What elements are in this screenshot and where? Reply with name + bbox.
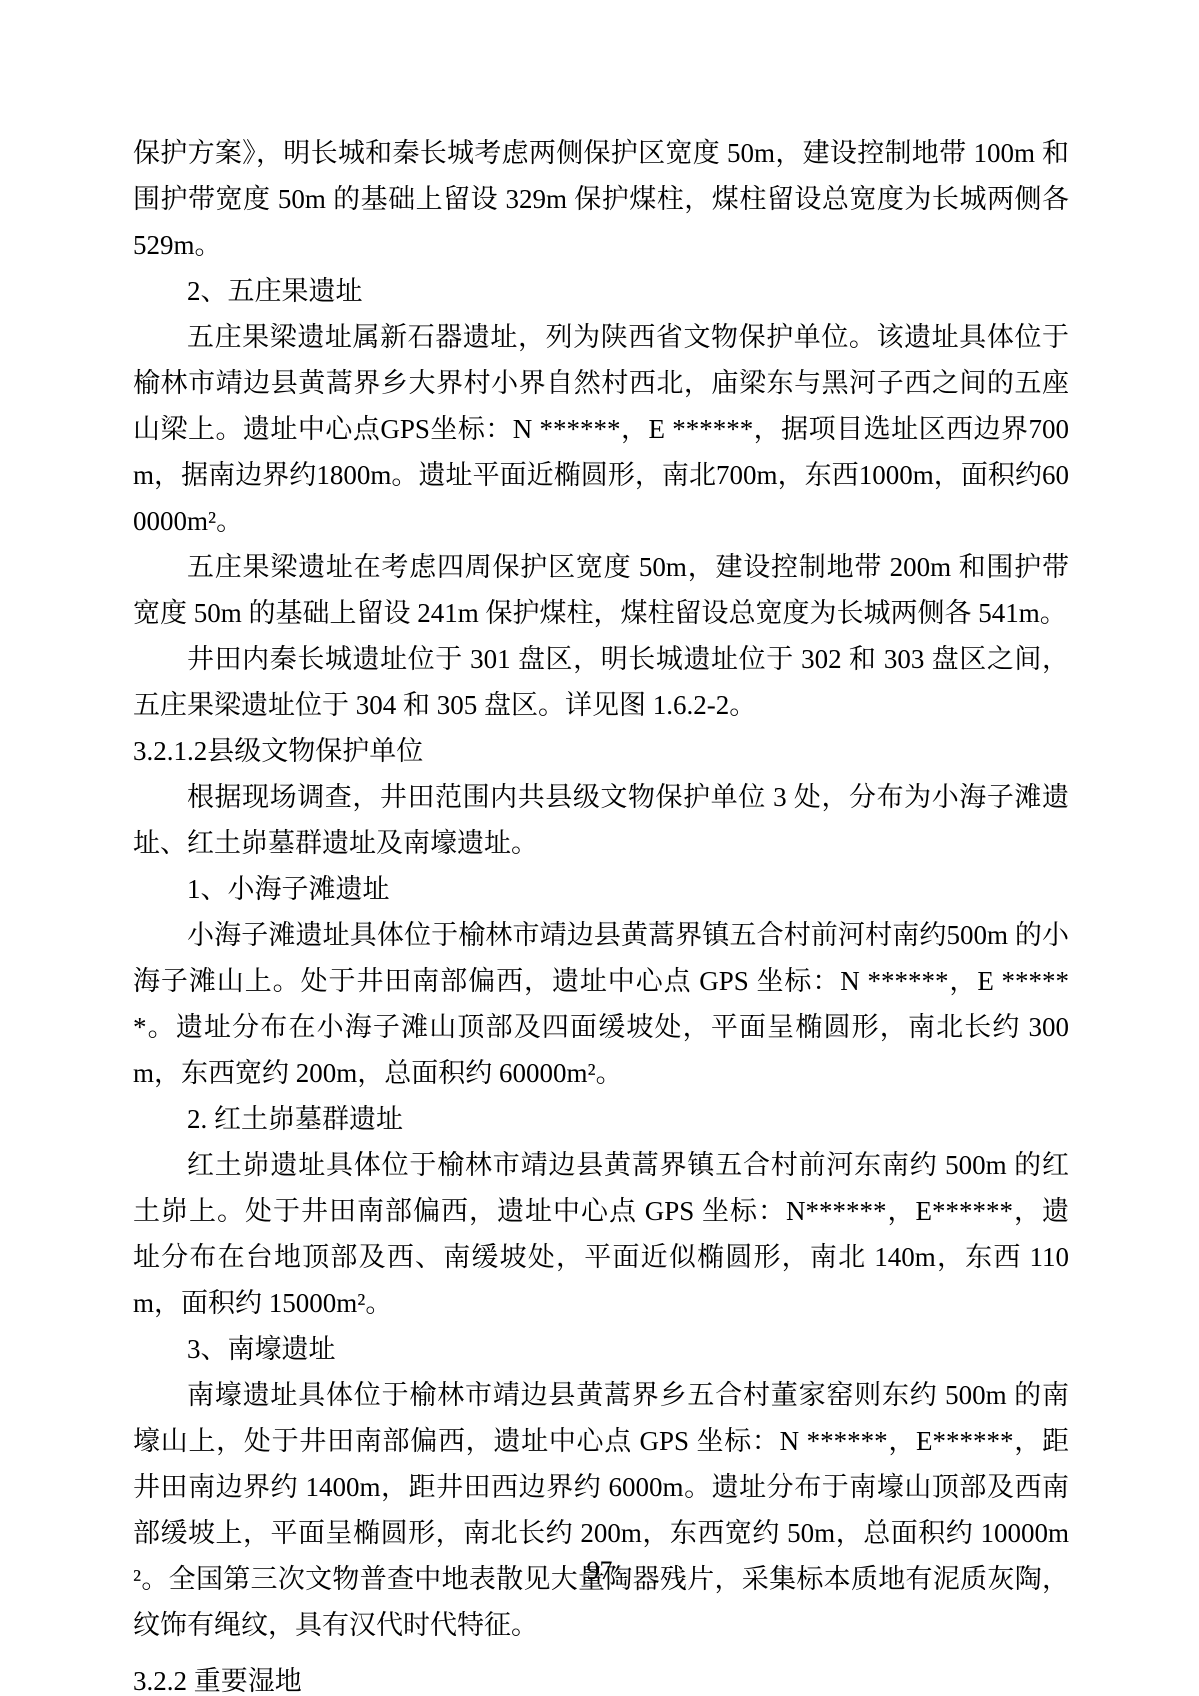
paragraph-hongtumao-description: 红土峁遗址具体位于榆林市靖边县黄蒿界镇五合村前河东南约 500m 的红土峁上。处… — [133, 1142, 1069, 1326]
paragraph-greatwall-continuation: 保护方案》，明长城和秦长城考虑两侧保护区宽度 50m，建设控制地带 100m 和… — [133, 130, 1069, 268]
page-number: 97 — [0, 1556, 1199, 1586]
paragraph-panel-district-locations: 井田内秦长城遗址位于 301 盘区，明长城遗址位于 302 和 303 盘区之间… — [133, 636, 1069, 728]
document-page: 保护方案》，明长城和秦长城考虑两侧保护区宽度 50m，建设控制地带 100m 和… — [0, 0, 1199, 1696]
chapter-heading-important-wetlands: 3.2.2 重要湿地 — [133, 1658, 1069, 1696]
paragraph-county-relics-intro: 根据现场调查，井田范围内共县级文物保护单位 3 处，分布为小海子滩遗址、红土峁墓… — [133, 774, 1069, 866]
section-heading-county-level-relics: 3.2.1.2县级文物保护单位 — [133, 728, 1069, 774]
subheading-wuzhuangguo-site: 2、五庄果遗址 — [133, 268, 1069, 314]
paragraph-wuzhuangguo-description: 五庄果梁遗址属新石器遗址，列为陕西省文物保护单位。该遗址具体位于榆林市靖边县黄蒿… — [133, 314, 1069, 544]
subheading-hongtumao-site: 2. 红土峁墓群遗址 — [133, 1096, 1069, 1142]
paragraph-xiaohaizitan-description: 小海子滩遗址具体位于榆林市靖边县黄蒿界镇五合村前河村南约500m 的小海子滩山上… — [133, 912, 1069, 1096]
paragraph-nanhao-description: 南壕遗址具体位于榆林市靖边县黄蒿界乡五合村董家窑则东约 500m 的南壕山上，处… — [133, 1372, 1069, 1648]
subheading-xiaohaizitan-site: 1、小海子滩遗址 — [133, 866, 1069, 912]
paragraph-wuzhuangguo-protection: 五庄果梁遗址在考虑四周保护区宽度 50m，建设控制地带 200m 和围护带宽度 … — [133, 544, 1069, 636]
document-body: 保护方案》，明长城和秦长城考虑两侧保护区宽度 50m，建设控制地带 100m 和… — [133, 130, 1069, 1696]
subheading-nanhao-site: 3、南壕遗址 — [133, 1326, 1069, 1372]
